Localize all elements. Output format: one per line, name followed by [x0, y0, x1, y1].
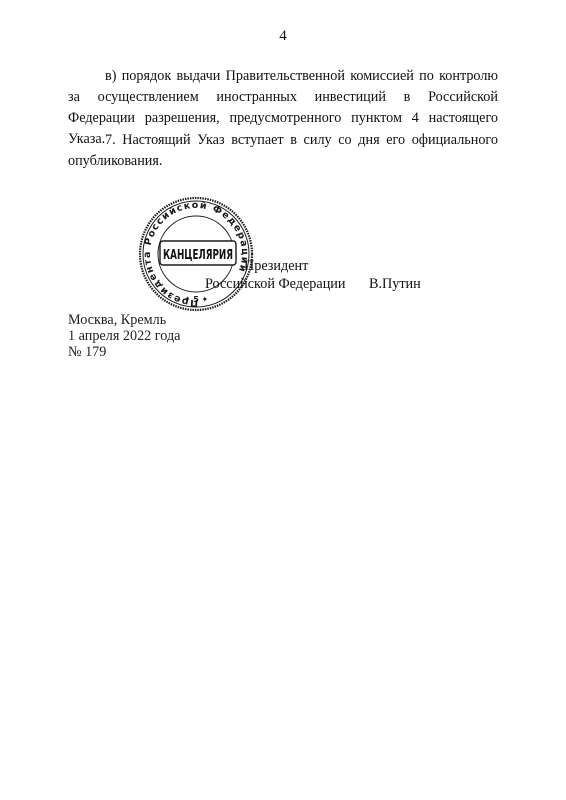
- text-line: за осуществлением иностранных инвестиций…: [68, 87, 498, 108]
- document-page: 4 в) порядок выдачи Правительственной ко…: [0, 0, 566, 800]
- signature-title-line2: Российской Федерации: [205, 276, 345, 293]
- document-number: № 179: [68, 344, 106, 360]
- text-line: 7. Настоящий Указ вступает в силу со дня…: [68, 130, 498, 151]
- stamp-center-text: КАНЦЕЛЯРИЯ: [163, 248, 233, 263]
- paragraph-clause-7: 7. Настоящий Указ вступает в силу со дня…: [68, 130, 498, 172]
- page-number: 4: [0, 28, 566, 45]
- text-line: в) порядок выдачи Правительственной коми…: [68, 66, 498, 87]
- stamp-bottom-text: ✦ 5 ✦: [184, 295, 209, 304]
- official-stamp: Президента Российской Федерации ✦ 5 ✦ КА…: [136, 194, 256, 314]
- signature-name: В.Путин: [369, 276, 421, 293]
- signature-title-line1: Президент: [244, 258, 308, 275]
- document-date: 1 апреля 2022 года: [68, 328, 180, 344]
- text-line: Федерации разрешения, предусмотренного п…: [68, 108, 498, 129]
- place-of-signing: Москва, Кремль: [68, 312, 166, 328]
- text-line: опубликования.: [68, 151, 498, 172]
